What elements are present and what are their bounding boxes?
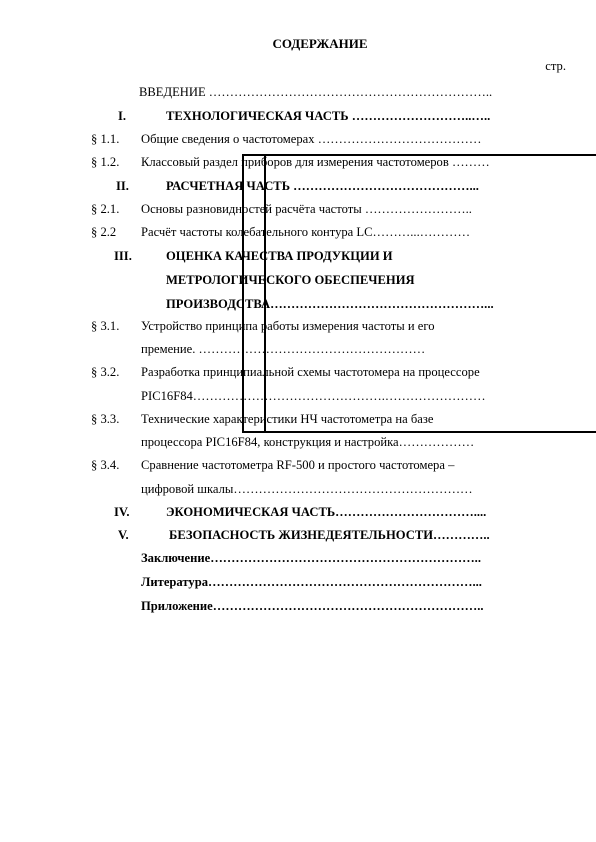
toc-entry-number: § 1.2. (91, 154, 119, 170)
toc-entry-number: II. (116, 178, 129, 194)
toc-entry-section-5: БЕЗОПАСНОСТЬ ЖИЗНЕДЕЯТЕЛЬНОСТИ………….. (169, 527, 490, 543)
toc-entry-number: § 3.3. (91, 411, 119, 427)
toc-entry-number: III. (114, 248, 132, 264)
toc-entry-section-1: ТЕХНОЛОГИЧЕСКАЯ ЧАСТЬ ………………………..….. (166, 108, 490, 124)
toc-title: СОДЕРЖАНИЕ (0, 36, 596, 52)
overlay-frame (242, 154, 596, 433)
toc-entry-number: § 2.2 (91, 224, 116, 240)
overlay-frame-divider (264, 154, 266, 433)
toc-entry-number: § 3.1. (91, 318, 119, 334)
toc-entry-conclusion: Заключение……………………………………………………….. (141, 550, 481, 566)
toc-entry-number: § 2.1. (91, 201, 119, 217)
toc-entry-1-1: Общие сведения о частотомерах …………………………… (141, 131, 481, 147)
toc-entry-introduction: ВВЕДЕНИЕ ………………………………………………………….. (139, 84, 492, 100)
toc-entry-number: § 1.1. (91, 131, 119, 147)
toc-entry-3-3-cont: процессора PIC16F84, конструкция и настр… (141, 434, 474, 450)
toc-entry-3-4-cont: цифровой шкалы………………………………………………… (141, 481, 473, 497)
toc-entry-number: § 3.4. (91, 457, 119, 473)
toc-entry-appendix: Приложение……………………………………………………….. (141, 598, 484, 614)
toc-entry-number: I. (118, 108, 126, 124)
toc-entry-number: § 3.2. (91, 364, 119, 380)
toc-entry-number: V. (118, 527, 129, 543)
toc-entry-number: IV. (114, 504, 130, 520)
page-column-label: стр. (545, 58, 566, 74)
toc-entry-section-4: ЭКОНОМИЧЕСКАЯ ЧАСТЬ…………………………….... (166, 504, 486, 520)
toc-entry-3-4: Сравнение частотометра RF-500 и простого… (141, 457, 454, 473)
toc-entry-literature: Литература………………………………………………………... (141, 574, 482, 590)
